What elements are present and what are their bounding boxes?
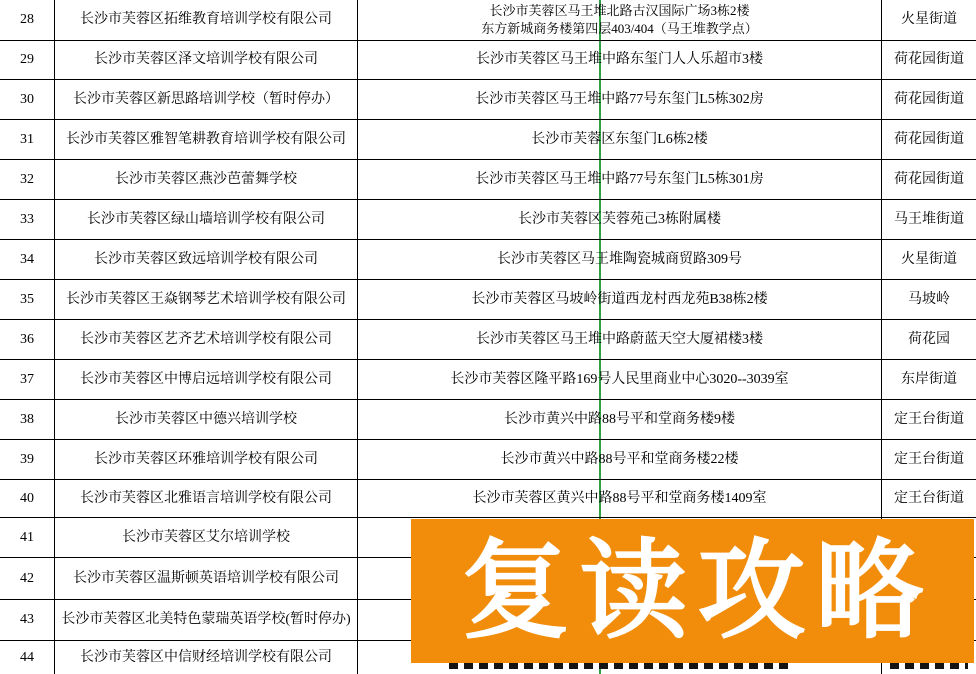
school-name-cell: 长沙市芙蓉区环雅培训学校有限公司 (55, 440, 358, 479)
school-name-cell: 长沙市芙蓉区雅智笔耕教育培训学校有限公司 (55, 120, 358, 159)
address-cell: 长沙市芙蓉区马王堆中路蔚蓝天空大厦裙楼3楼 (358, 320, 882, 359)
table-row: 37 长沙市芙蓉区中博启远培训学校有限公司 长沙市芙蓉区隆平路169号人民里商业… (0, 360, 976, 400)
address-cell: 长沙市芙蓉区马王堆陶瓷城商贸路309号 (358, 240, 882, 279)
row-number-cell: 38 (0, 400, 55, 439)
row-number-cell: 40 (0, 480, 55, 517)
school-name-cell: 长沙市芙蓉区温斯顿英语培训学校有限公司 (55, 558, 358, 599)
table-row: 40 长沙市芙蓉区北雅语言培训学校有限公司 长沙市芙蓉区黄兴中路88号平和堂商务… (0, 480, 976, 518)
row-number-cell: 42 (0, 558, 55, 599)
table-row: 35 长沙市芙蓉区王焱钢琴艺术培训学校有限公司 长沙市芙蓉区马坡岭街道西龙村西龙… (0, 280, 976, 320)
table-row: 30 长沙市芙蓉区新思路培训学校（暂时停办） 长沙市芙蓉区马王堆中路77号东玺门… (0, 80, 976, 120)
address-cell: 长沙市芙蓉区马王堆北路古汉国际广场3栋2楼 东方新城商务楼第四层403/404（… (358, 0, 882, 40)
street-cell: 定王台街道 (882, 400, 976, 439)
clipped-text-fragment-street (890, 663, 968, 669)
address-cell: 长沙市黄兴中路88号平和堂商务楼22楼 (358, 440, 882, 479)
school-name-cell: 长沙市芙蓉区泽文培训学校有限公司 (55, 41, 358, 79)
row-number-cell: 32 (0, 160, 55, 199)
school-name-cell: 长沙市芙蓉区王焱钢琴艺术培训学校有限公司 (55, 280, 358, 319)
table-row: 38 长沙市芙蓉区中德兴培训学校 长沙市黄兴中路88号平和堂商务楼9楼 定王台街… (0, 400, 976, 440)
table-row: 29 长沙市芙蓉区泽文培训学校有限公司 长沙市芙蓉区马王堆中路东玺门人人乐超市3… (0, 41, 976, 80)
school-name-cell: 长沙市芙蓉区燕沙芭蕾舞学校 (55, 160, 358, 199)
address-cell: 长沙市芙蓉区马王堆中路77号东玺门L5栋302房 (358, 80, 882, 119)
address-cell: 长沙市芙蓉区马王堆中路77号东玺门L5栋301房 (358, 160, 882, 199)
street-cell: 荷花园街道 (882, 160, 976, 199)
street-cell: 荷花园街道 (882, 120, 976, 159)
address-cell: 长沙市芙蓉区芙蓉苑己3栋附属楼 (358, 200, 882, 239)
row-number-cell: 39 (0, 440, 55, 479)
overlay-banner: 复读攻略 (411, 519, 974, 663)
street-cell: 荷花园 (882, 320, 976, 359)
school-name-cell: 长沙市芙蓉区中德兴培训学校 (55, 400, 358, 439)
street-cell: 东岸街道 (882, 360, 976, 399)
address-cell: 长沙市黄兴中路88号平和堂商务楼9楼 (358, 400, 882, 439)
school-name-cell: 长沙市芙蓉区新思路培训学校（暂时停办） (55, 80, 358, 119)
row-number-cell: 29 (0, 41, 55, 79)
table-row: 36 长沙市芙蓉区艺齐艺术培训学校有限公司 长沙市芙蓉区马王堆中路蔚蓝天空大厦裙… (0, 320, 976, 360)
school-name-cell: 长沙市芙蓉区中信财经培训学校有限公司 (55, 641, 358, 674)
clipped-text-fragment-address (449, 663, 790, 669)
school-name-cell: 长沙市芙蓉区艺齐艺术培训学校有限公司 (55, 320, 358, 359)
school-name-cell: 长沙市芙蓉区中博启远培训学校有限公司 (55, 360, 358, 399)
street-cell: 火星街道 (882, 0, 976, 40)
school-name-cell: 长沙市芙蓉区北美特色蒙瑞英语学校(暂时停办) (55, 600, 358, 640)
banner-title: 复读攻略 (461, 537, 933, 645)
street-cell: 定王台街道 (882, 440, 976, 479)
row-number-cell: 31 (0, 120, 55, 159)
row-number-cell: 37 (0, 360, 55, 399)
row-number-cell: 36 (0, 320, 55, 359)
school-name-cell: 长沙市芙蓉区拓维教育培训学校有限公司 (55, 0, 358, 40)
address-cell: 长沙市芙蓉区黄兴中路88号平和堂商务楼1409室 (358, 480, 882, 517)
row-number-cell: 35 (0, 280, 55, 319)
row-number-cell: 33 (0, 200, 55, 239)
page: 28 长沙市芙蓉区拓维教育培训学校有限公司 长沙市芙蓉区马王堆北路古汉国际广场3… (0, 0, 976, 674)
street-cell: 荷花园街道 (882, 80, 976, 119)
row-number-cell: 34 (0, 240, 55, 279)
row-number-cell: 43 (0, 600, 55, 640)
street-cell: 马坡岭 (882, 280, 976, 319)
table-row: 39 长沙市芙蓉区环雅培训学校有限公司 长沙市黄兴中路88号平和堂商务楼22楼 … (0, 440, 976, 480)
street-cell: 火星街道 (882, 240, 976, 279)
street-cell: 马王堆街道 (882, 200, 976, 239)
row-number-cell: 41 (0, 518, 55, 557)
row-number-cell: 30 (0, 80, 55, 119)
table-row: 32 长沙市芙蓉区燕沙芭蕾舞学校 长沙市芙蓉区马王堆中路77号东玺门L5栋301… (0, 160, 976, 200)
table-row: 28 长沙市芙蓉区拓维教育培训学校有限公司 长沙市芙蓉区马王堆北路古汉国际广场3… (0, 0, 976, 41)
address-cell: 长沙市芙蓉区东玺门L6栋2楼 (358, 120, 882, 159)
address-cell: 长沙市芙蓉区隆平路169号人民里商业中心3020--3039室 (358, 360, 882, 399)
row-number-cell: 44 (0, 641, 55, 674)
table-row: 31 长沙市芙蓉区雅智笔耕教育培训学校有限公司 长沙市芙蓉区东玺门L6栋2楼 荷… (0, 120, 976, 160)
school-name-cell: 长沙市芙蓉区致远培训学校有限公司 (55, 240, 358, 279)
row-number-cell: 28 (0, 0, 55, 40)
street-cell: 定王台街道 (882, 480, 976, 517)
address-cell: 长沙市芙蓉区马王堆中路东玺门人人乐超市3楼 (358, 41, 882, 79)
table-row: 33 长沙市芙蓉区绿山墙培训学校有限公司 长沙市芙蓉区芙蓉苑己3栋附属楼 马王堆… (0, 200, 976, 240)
school-name-cell: 长沙市芙蓉区北雅语言培训学校有限公司 (55, 480, 358, 517)
street-cell: 荷花园街道 (882, 41, 976, 79)
school-name-cell: 长沙市芙蓉区绿山墙培训学校有限公司 (55, 200, 358, 239)
address-cell: 长沙市芙蓉区马坡岭街道西龙村西龙苑B38栋2楼 (358, 280, 882, 319)
table-row: 34 长沙市芙蓉区致远培训学校有限公司 长沙市芙蓉区马王堆陶瓷城商贸路309号 … (0, 240, 976, 280)
school-name-cell: 长沙市芙蓉区艾尔培训学校 (55, 518, 358, 557)
